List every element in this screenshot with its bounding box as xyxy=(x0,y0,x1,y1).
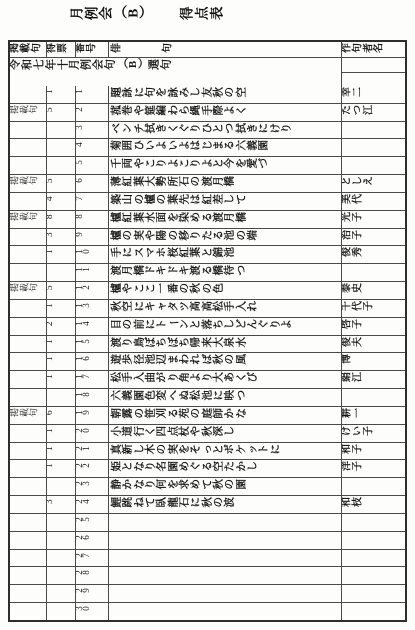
table-row: 掲載句 5 2 菰巻や筵編わら縄手際よく たつ江 xyxy=(10,103,405,121)
votes-cell xyxy=(47,122,76,139)
number-cell: 2 xyxy=(76,104,109,121)
table-row: 1 21 真新し木の実をそっとポケットに 和子 xyxy=(10,442,405,460)
published-cell xyxy=(10,603,47,620)
haiku-cell: 櫨やここ一番の秋の色 xyxy=(109,282,342,299)
table-row: 4 菊囲ひいよいよはじまる六義園 xyxy=(10,138,405,156)
votes-cell: 2 xyxy=(47,318,76,335)
votes-cell xyxy=(47,550,76,567)
haiku-cell: 渡り鳥ぼちぼち帰来大泉水 xyxy=(109,336,342,353)
published-cell xyxy=(10,86,47,103)
table-row: 3 24 鯉跳ねて臥龍石に秋の波 和枝 xyxy=(10,495,405,513)
published-cell: 掲載句 xyxy=(10,407,47,424)
meeting-subtitle: 令和七年十月例会句（B）選句 xyxy=(10,58,342,86)
published-cell xyxy=(10,425,47,442)
scanned-page: 月例会（B） 得点表 掲載句 得票 番号 俳 句 作句者名 令和七年十月例会句（… xyxy=(0,0,415,630)
haiku-cell xyxy=(109,585,342,602)
author-cell: 俊秀 xyxy=(342,246,405,263)
number-cell: 18 xyxy=(76,389,109,406)
number-cell: 15 xyxy=(76,336,109,353)
published-cell: 掲載句 xyxy=(10,282,47,299)
subtitle-author-upper xyxy=(342,58,405,72)
header-published: 掲載句 xyxy=(10,42,47,57)
author-cell: 光子 xyxy=(342,211,405,228)
author-cell: けい子 xyxy=(342,425,405,442)
haiku-cell: 姫となり名園めぐる空たかし xyxy=(109,460,342,477)
author-cell xyxy=(342,122,405,139)
haiku-cell: 千両やこりよこりよと今を愛づ xyxy=(109,157,342,174)
published-cell xyxy=(10,514,47,531)
votes-cell xyxy=(47,603,76,620)
published-cell xyxy=(10,353,47,370)
number-cell: 3 xyxy=(76,122,109,139)
subtitle-author-cell xyxy=(342,58,405,86)
votes-cell: 1 xyxy=(47,336,76,353)
author-cell: としえ xyxy=(342,175,405,192)
votes-cell xyxy=(47,514,76,531)
number-cell: 8 xyxy=(76,211,109,228)
table-row: 5 千両やこりよこりよと今を愛づ xyxy=(10,156,405,174)
votes-cell xyxy=(47,139,76,156)
published-cell xyxy=(10,567,47,584)
author-cell: 治子 xyxy=(342,229,405,246)
published-cell xyxy=(10,460,47,477)
published-cell xyxy=(10,550,47,567)
author-cell xyxy=(342,585,405,602)
votes-cell: 1 xyxy=(47,443,76,460)
number-cell: 27 xyxy=(76,550,109,567)
haiku-cell: 築山の櫨の葉先は紅差して xyxy=(109,193,342,210)
votes-cell: 5 xyxy=(47,175,76,192)
header-votes: 得票 xyxy=(47,42,76,57)
published-cell xyxy=(10,389,47,406)
haiku-cell: 遊歩径池辺まわれば秋の風 xyxy=(109,353,342,370)
published-cell xyxy=(10,246,47,263)
table-row: 4 7 築山の櫨の葉先は紅差して 美代 xyxy=(10,192,405,210)
table-row: 27 xyxy=(10,549,405,567)
haiku-cell: 手にスマホ桜紅葉と錦池 xyxy=(109,246,342,263)
haiku-cell xyxy=(109,550,342,567)
votes-cell: 1 xyxy=(47,371,76,388)
author-cell xyxy=(342,567,405,584)
number-cell: 12 xyxy=(76,282,109,299)
header-number: 番号 xyxy=(76,42,109,57)
number-cell: 30 xyxy=(76,603,109,620)
number-cell: 28 xyxy=(76,567,109,584)
number-cell: 4 xyxy=(76,139,109,156)
haiku-cell xyxy=(109,567,342,584)
published-cell xyxy=(10,532,47,549)
author-cell: 啓子 xyxy=(342,318,405,335)
haiku-cell: 秋空にキャタツ高高松手入れ xyxy=(109,300,342,317)
published-cell: 掲載句 xyxy=(10,175,47,192)
published-cell xyxy=(10,300,47,317)
haiku-cell: 静かなり何を求めて秋の園 xyxy=(109,478,342,495)
haiku-cell: 櫨の実や陽の移りたる池の端 xyxy=(109,229,342,246)
haiku-cell: 小道行く四点杖や秋深し xyxy=(109,425,342,442)
number-cell: 17 xyxy=(76,371,109,388)
published-cell xyxy=(10,318,47,335)
published-cell: 掲載句 xyxy=(10,211,47,228)
author-cell xyxy=(342,478,405,495)
table-row: 3 9 櫨の実や陽の移りたる池の端 治子 xyxy=(10,228,405,246)
table-row: 23 静かなり何を求めて秋の園 xyxy=(10,477,405,495)
number-cell: 16 xyxy=(76,353,109,370)
table-row: 1 15 渡り鳥ぼちぼち帰来大泉水 俊夫 xyxy=(10,335,405,353)
votes-cell: 3 xyxy=(47,496,76,513)
number-cell: 29 xyxy=(76,585,109,602)
author-cell xyxy=(342,264,405,281)
votes-cell xyxy=(47,157,76,174)
published-cell xyxy=(10,371,47,388)
table-row: 1 10 手にスマホ桜紅葉と錦池 俊秀 xyxy=(10,245,405,263)
author-cell: 泰史 xyxy=(342,282,405,299)
author-cell xyxy=(342,550,405,567)
table-row: 1 1 題詠に句を詠みし友秋の空 幸二 xyxy=(10,86,405,103)
published-cell xyxy=(10,336,47,353)
number-cell: 14 xyxy=(76,318,109,335)
author-cell: 幸二 xyxy=(342,86,405,103)
published-cell xyxy=(10,157,47,174)
haiku-cell: 櫨紅葉水面を染める渡月橋 xyxy=(109,211,342,228)
subtitle-author-lower xyxy=(342,72,405,87)
author-cell xyxy=(342,389,405,406)
votes-cell xyxy=(47,389,76,406)
table-row: 30 xyxy=(10,602,405,620)
author-cell: 耕一 xyxy=(342,407,405,424)
votes-cell: 6 xyxy=(47,407,76,424)
author-cell: 千代子 xyxy=(342,300,405,317)
votes-cell xyxy=(47,567,76,584)
author-cell: 美代 xyxy=(342,193,405,210)
number-cell: 5 xyxy=(76,157,109,174)
number-cell: 9 xyxy=(76,229,109,246)
votes-cell xyxy=(47,264,76,281)
haiku-cell: 真新し木の実をそっとポケットに xyxy=(109,443,342,460)
haiku-cell: 菰巻や筵編わら縄手際よく xyxy=(109,104,342,121)
table-row: 28 xyxy=(10,566,405,584)
votes-cell: 5 xyxy=(47,282,76,299)
table-row: 18 六義園色変へぬ松池に映つ xyxy=(10,388,405,406)
votes-cell: 1 xyxy=(47,460,76,477)
votes-cell: 1 xyxy=(47,353,76,370)
published-cell xyxy=(10,585,47,602)
table-row: 2 14 目の前にトーンと落ちしどんぐりよ 啓子 xyxy=(10,317,405,335)
author-cell xyxy=(342,532,405,549)
number-cell: 11 xyxy=(76,264,109,281)
number-cell: 26 xyxy=(76,532,109,549)
number-cell: 7 xyxy=(76,193,109,210)
published-cell xyxy=(10,443,47,460)
table-row: 掲載句 5 12 櫨やここ一番の秋の色 泰史 xyxy=(10,281,405,299)
author-cell xyxy=(342,139,405,156)
haiku-cell: 鯉跳ねて臥龍石に秋の波 xyxy=(109,496,342,513)
haiku-cell: 松手入曲がり角より大あくび xyxy=(109,371,342,388)
haiku-cell: 薄紅葉大勢所石の渡月橋 xyxy=(109,175,342,192)
author-cell xyxy=(342,514,405,531)
table-row: 掲載句 8 8 櫨紅葉水面を染める渡月橋 光子 xyxy=(10,210,405,228)
author-cell: 和枝 xyxy=(342,496,405,513)
table-row: 11 渡月橋ドキドキ渡る橋待つ xyxy=(10,263,405,281)
haiku-cell: 朝露の笹刈る苑の庭師かな xyxy=(109,407,342,424)
table-row: 1 20 小道行く四点杖や秋深し けい子 xyxy=(10,424,405,442)
number-cell: 25 xyxy=(76,514,109,531)
published-cell xyxy=(10,122,47,139)
number-cell: 20 xyxy=(76,425,109,442)
subtitle-row: 令和七年十月例会句（B）選句 xyxy=(10,57,405,86)
haiku-cell: ベンチ拭きくぐりひとつ拭きにけり xyxy=(109,122,342,139)
page-title: 月例会（B） 得点表 xyxy=(70,5,224,21)
table-row: 1 13 秋空にキャタツ高高松手入れ 千代子 xyxy=(10,299,405,317)
votes-cell: 8 xyxy=(47,211,76,228)
number-cell: 23 xyxy=(76,478,109,495)
score-table: 掲載句 得票 番号 俳 句 作句者名 令和七年十月例会句（B）選句 1 1 題詠… xyxy=(8,40,407,622)
number-cell: 24 xyxy=(76,496,109,513)
votes-cell xyxy=(47,478,76,495)
haiku-cell xyxy=(109,532,342,549)
table-row: 25 xyxy=(10,513,405,531)
table-row: 掲載句 6 19 朝露の笹刈る苑の庭師かな 耕一 xyxy=(10,406,405,424)
table-rows: 1 1 題詠に句を詠みし友秋の空 幸二 掲載句 5 2 菰巻や筵編わら縄手際よく… xyxy=(10,86,405,620)
table-header-row: 掲載句 得票 番号 俳 句 作句者名 xyxy=(10,42,405,57)
table-row: 3 ベンチ拭きくぐりひとつ拭きにけり xyxy=(10,121,405,139)
number-cell: 22 xyxy=(76,460,109,477)
haiku-cell: 目の前にトーンと落ちしどんぐりよ xyxy=(109,318,342,335)
haiku-cell: 題詠に句を詠みし友秋の空 xyxy=(109,86,342,103)
votes-cell: 3 xyxy=(47,229,76,246)
table-row: 1 17 松手入曲がり角より大あくび 絹江 xyxy=(10,370,405,388)
published-cell xyxy=(10,496,47,513)
haiku-cell: 六義園色変へぬ松池に映つ xyxy=(109,389,342,406)
haiku-cell: 渡月橋ドキドキ渡る橋待つ xyxy=(109,264,342,281)
author-cell: たつ江 xyxy=(342,104,405,121)
author-cell: 洋子 xyxy=(342,460,405,477)
number-cell: 21 xyxy=(76,443,109,460)
number-cell: 1 xyxy=(76,86,109,103)
number-cell: 10 xyxy=(76,246,109,263)
author-cell: 絹江 xyxy=(342,371,405,388)
published-cell xyxy=(10,139,47,156)
author-cell: 俊夫 xyxy=(342,336,405,353)
published-cell xyxy=(10,229,47,246)
table-row: 掲載句 5 6 薄紅葉大勢所石の渡月橋 としえ xyxy=(10,174,405,192)
published-cell xyxy=(10,193,47,210)
votes-cell xyxy=(47,585,76,602)
number-cell: 6 xyxy=(76,175,109,192)
haiku-cell xyxy=(109,603,342,620)
table-row: 29 xyxy=(10,584,405,602)
votes-cell: 5 xyxy=(47,104,76,121)
author-cell: 博 xyxy=(342,353,405,370)
number-cell: 13 xyxy=(76,300,109,317)
header-haiku: 俳 句 xyxy=(109,42,342,57)
votes-cell: 1 xyxy=(47,300,76,317)
author-cell xyxy=(342,603,405,620)
author-cell: 和子 xyxy=(342,443,405,460)
published-cell: 掲載句 xyxy=(10,104,47,121)
table-row: 1 16 遊歩径池辺まわれば秋の風 博 xyxy=(10,352,405,370)
table-row: 1 22 姫となり名園めぐる空たかし 洋子 xyxy=(10,459,405,477)
published-cell xyxy=(10,264,47,281)
haiku-cell xyxy=(109,514,342,531)
number-cell: 19 xyxy=(76,407,109,424)
votes-cell: 1 xyxy=(47,425,76,442)
votes-cell: 1 xyxy=(47,246,76,263)
votes-cell: 4 xyxy=(47,193,76,210)
published-cell xyxy=(10,478,47,495)
votes-cell xyxy=(47,532,76,549)
haiku-cell: 菊囲ひいよいよはじまる六義園 xyxy=(109,139,342,156)
table-row: 26 xyxy=(10,531,405,549)
header-author: 作句者名 xyxy=(342,42,405,57)
author-cell xyxy=(342,157,405,174)
votes-cell: 1 xyxy=(47,86,76,103)
